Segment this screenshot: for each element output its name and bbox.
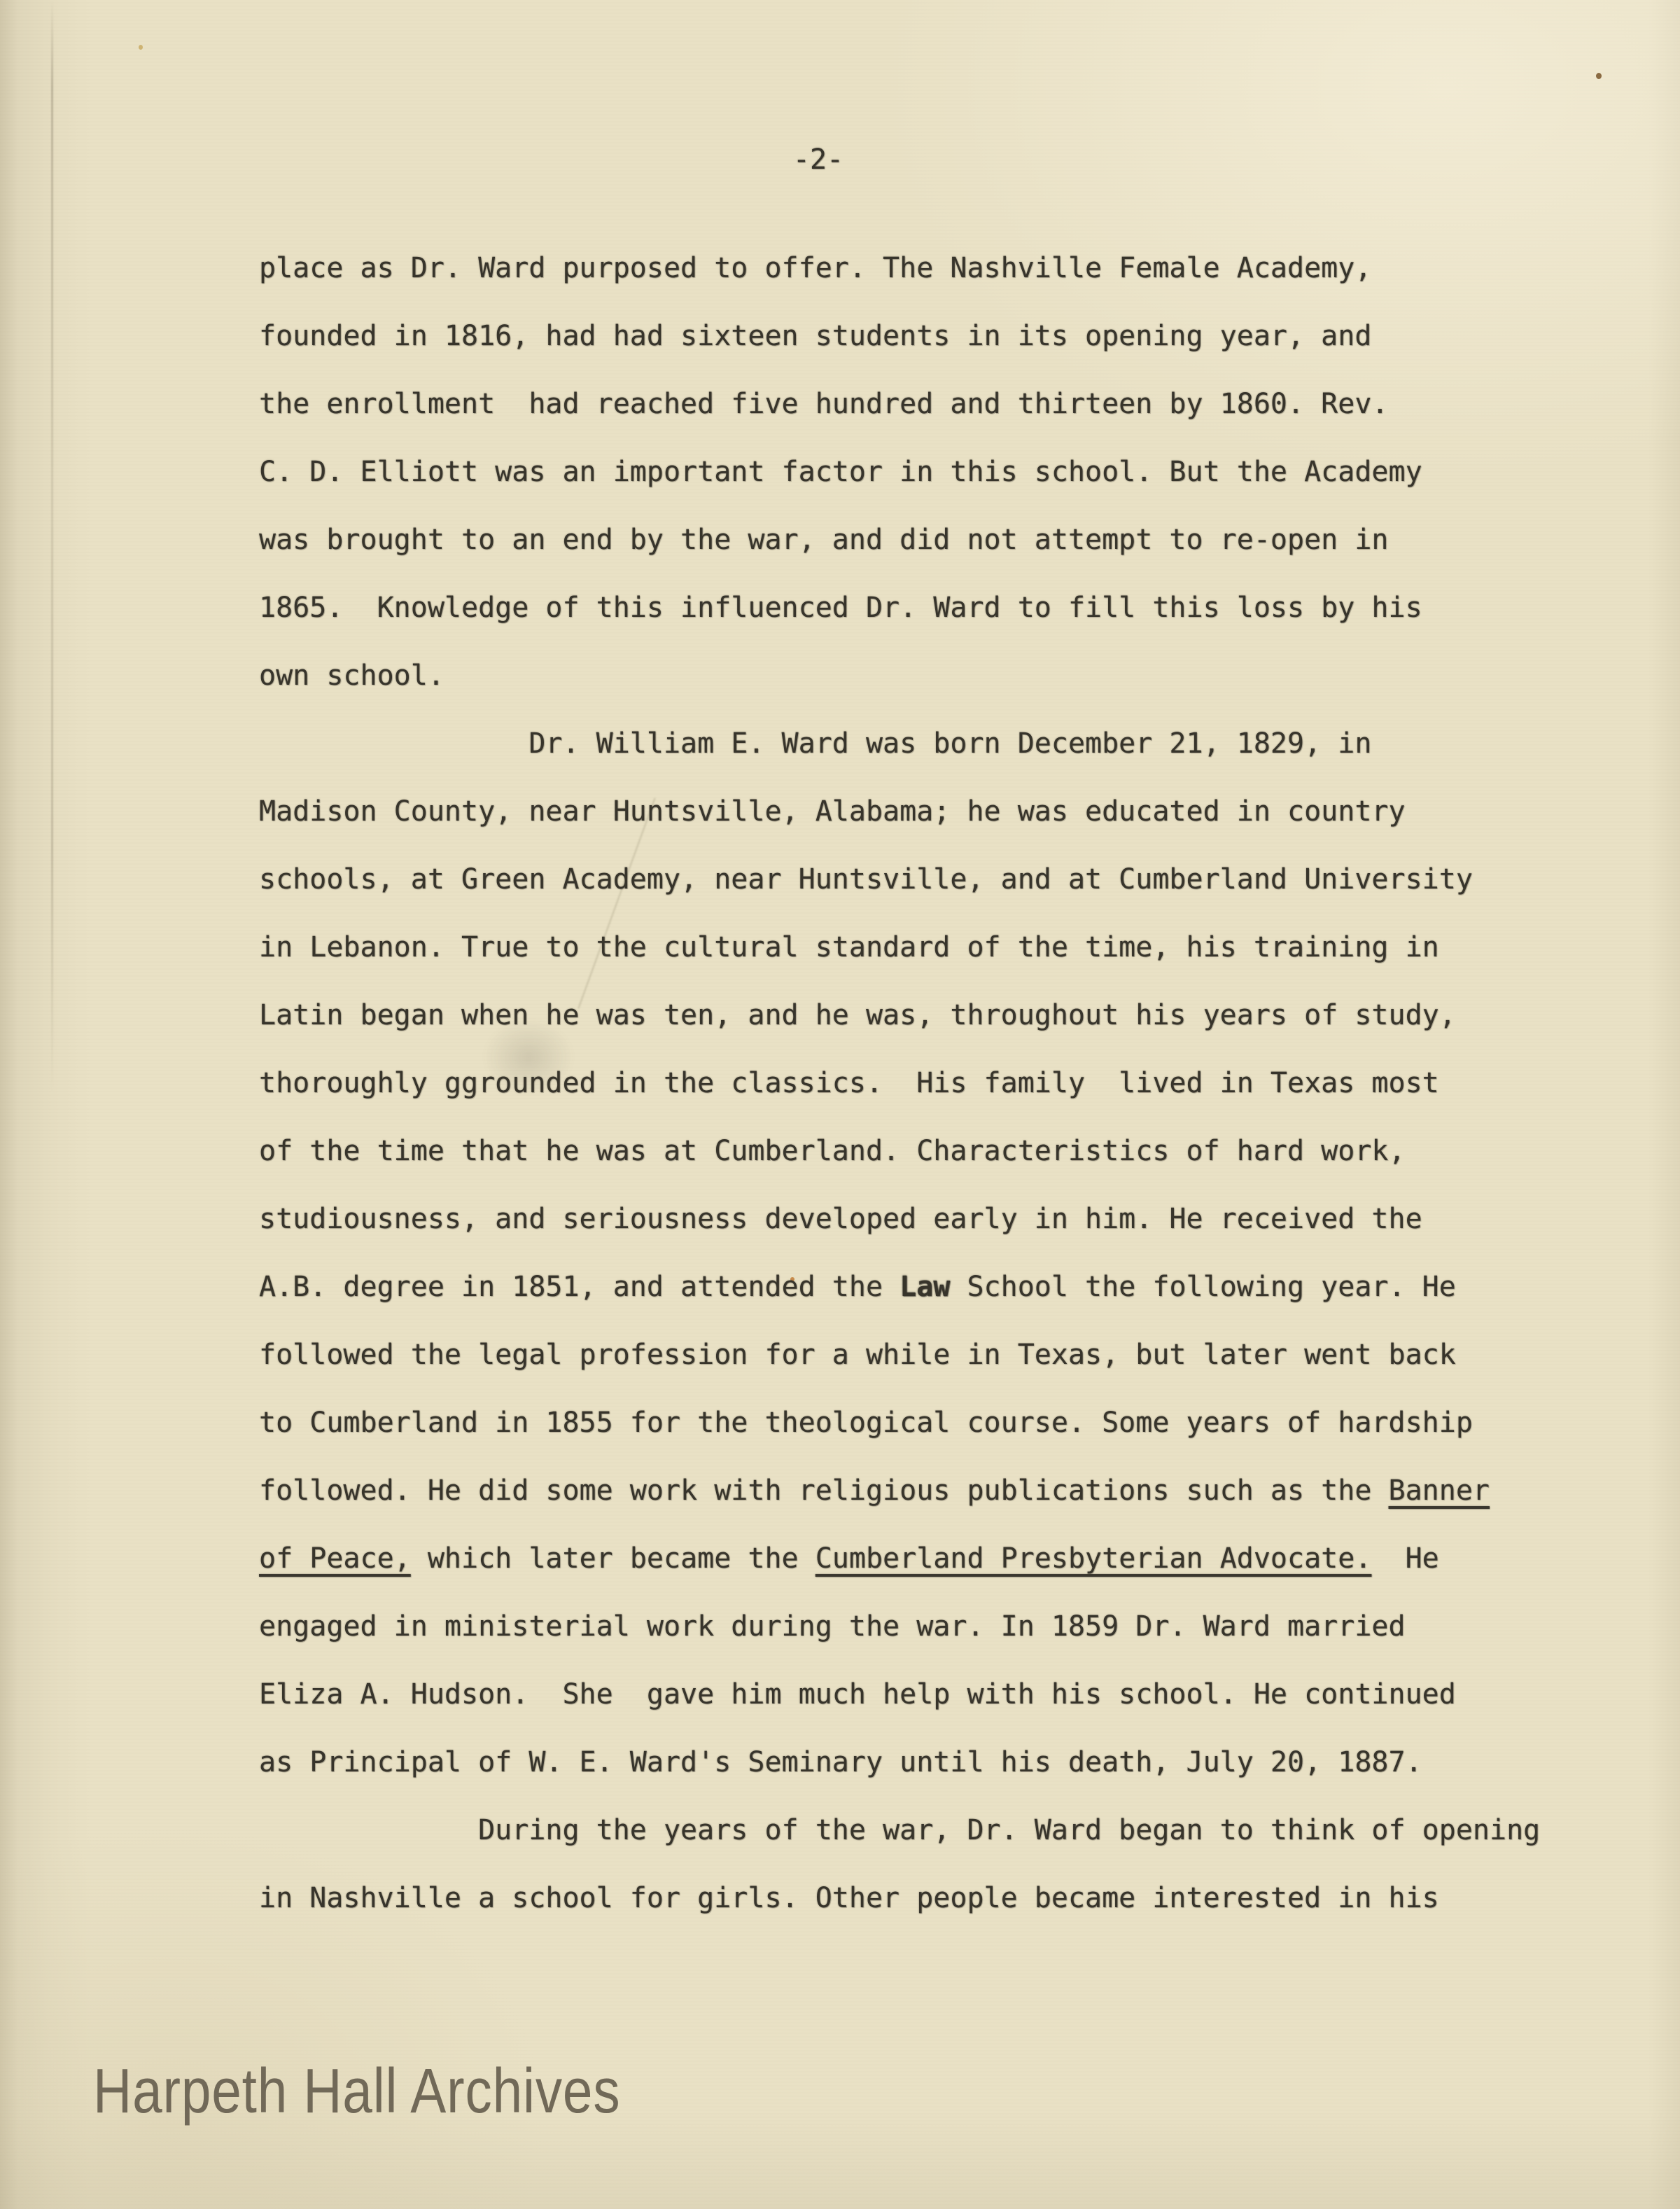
text-run: in Nashville a school for girls. Other p…: [259, 1882, 1439, 1914]
typewritten-line: Madison County, near Huntsville, Alabama…: [259, 778, 1540, 846]
page-number: -2-: [0, 144, 1637, 176]
typewritten-line: During the years of the war, Dr. Ward be…: [259, 1797, 1540, 1865]
typewritten-line: C. D. Elliott was an important factor in…: [259, 438, 1540, 506]
typewritten-line: own school.: [259, 642, 1540, 710]
paper-speck: [1596, 73, 1602, 79]
typewritten-line: as Principal of W. E. Ward's Seminary un…: [259, 1729, 1540, 1797]
text-run: of the time that he was at Cumberland. C…: [259, 1135, 1406, 1167]
typewritten-line: to Cumberland in 1855 for the theologica…: [259, 1389, 1540, 1457]
typewritten-line: engaged in ministerial work during the w…: [259, 1593, 1540, 1661]
underlined-text: Cumberland Presbyterian Advocate.: [815, 1542, 1372, 1575]
text-run: as Principal of W. E. Ward's Seminary un…: [259, 1746, 1422, 1778]
text-run: place as Dr. Ward purposed to offer. The…: [259, 252, 1371, 284]
typewritten-line: place as Dr. Ward purposed to offer. The…: [259, 235, 1540, 302]
typewritten-line: Eliza A. Hudson. She gave him much help …: [259, 1661, 1540, 1729]
bold-text: Law: [899, 1271, 950, 1303]
text-run: During the years of the war, Dr. Ward be…: [259, 1814, 1540, 1846]
text-run: in Lebanon. True to the cultural standar…: [259, 931, 1439, 963]
typewritten-document-page: -2- place as Dr. Ward purposed to offer.…: [0, 0, 1680, 2209]
typewritten-line: in Lebanon. True to the cultural standar…: [259, 914, 1540, 982]
text-run: founded in 1816, had had sixteen student…: [259, 320, 1371, 352]
text-run: which later became the: [411, 1542, 815, 1575]
text-run: He: [1371, 1542, 1438, 1575]
paper-speck: [139, 45, 143, 50]
text-run: Madison County, near Huntsville, Alabama…: [259, 795, 1406, 828]
typewritten-line: was brought to an end by the war, and di…: [259, 506, 1540, 574]
typewritten-line: of Peace, which later became the Cumberl…: [259, 1525, 1540, 1593]
watermark: Harpeth Hall Archives: [93, 2056, 620, 2128]
document-lines: place as Dr. Ward purposed to offer. The…: [259, 235, 1540, 1932]
underlined-text: Banner: [1389, 1475, 1490, 1507]
typewritten-line: Latin began when he was ten, and he was,…: [259, 982, 1540, 1050]
text-run: thoroughly ggrounded in the classics. Hi…: [259, 1067, 1439, 1099]
text-run: School the following year. He: [950, 1271, 1455, 1303]
typewritten-line: the enrollment had reached five hundred …: [259, 370, 1540, 438]
typewritten-line: founded in 1816, had had sixteen student…: [259, 302, 1540, 370]
underlined-text: of Peace,: [259, 1542, 411, 1575]
text-run: followed. He did some work with religiou…: [259, 1475, 1389, 1507]
typewritten-line: schools, at Green Academy, near Huntsvil…: [259, 846, 1540, 914]
typewritten-line: studiousness, and seriousness developed …: [259, 1185, 1540, 1253]
text-run: C. D. Elliott was an important factor in…: [259, 456, 1422, 488]
text-run: 1865. Knowledge of this influenced Dr. W…: [259, 592, 1422, 624]
typewritten-line: in Nashville a school for girls. Other p…: [259, 1865, 1540, 1932]
text-run: Eliza A. Hudson. She gave him much help …: [259, 1678, 1456, 1710]
text-run: Dr. William E. Ward was born December 21…: [259, 727, 1371, 760]
typewritten-line: followed the legal profession for a whil…: [259, 1321, 1540, 1389]
typewritten-line: Dr. William E. Ward was born December 21…: [259, 710, 1540, 778]
typewritten-line: 1865. Knowledge of this influenced Dr. W…: [259, 574, 1540, 642]
text-run: was brought to an end by the war, and di…: [259, 524, 1389, 556]
text-run: to Cumberland in 1855 for the theologica…: [259, 1407, 1473, 1439]
typewritten-line: of the time that he was at Cumberland. C…: [259, 1117, 1540, 1185]
typewritten-line: followed. He did some work with religiou…: [259, 1457, 1540, 1525]
text-run: engaged in ministerial work during the w…: [259, 1610, 1406, 1643]
text-run: followed the legal profession for a whil…: [259, 1339, 1456, 1371]
text-run: schools, at Green Academy, near Huntsvil…: [259, 863, 1473, 896]
text-run: A.B. degree in 1851, and attended the: [259, 1271, 899, 1303]
text-run: own school.: [259, 660, 444, 692]
text-run: Latin began when he was ten, and he was,…: [259, 999, 1456, 1031]
text-run: studiousness, and seriousness developed …: [259, 1203, 1422, 1235]
typewritten-line: A.B. degree in 1851, and attended the La…: [259, 1253, 1540, 1321]
typewritten-line: thoroughly ggrounded in the classics. Hi…: [259, 1050, 1540, 1117]
text-run: the enrollment had reached five hundred …: [259, 388, 1389, 420]
